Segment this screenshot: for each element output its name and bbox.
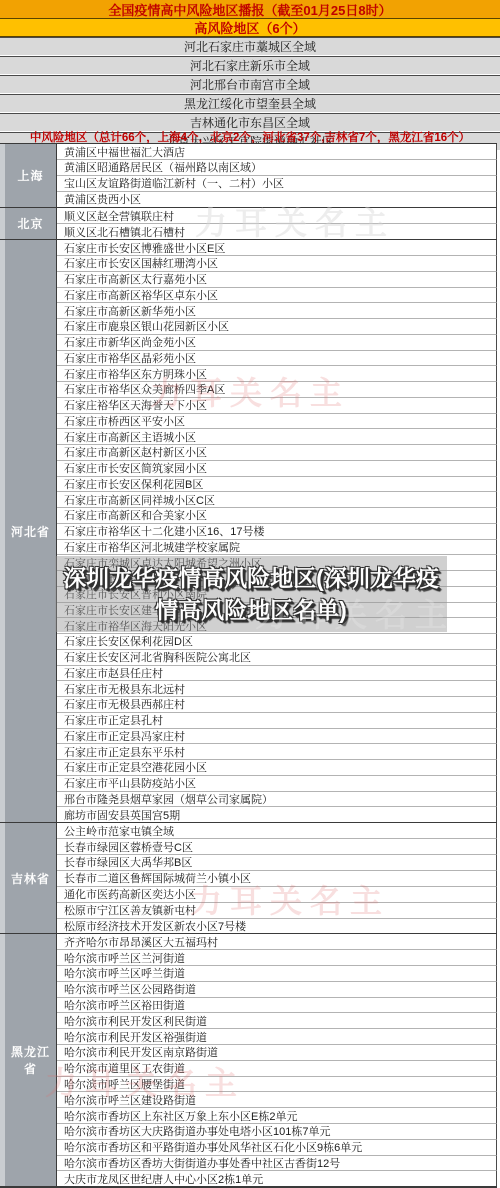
area-row: 石家庄市长安区博雅盛世小区E区 <box>57 240 497 256</box>
mid-risk-table: 上海黄浦区中福世福汇大酒店黄浦区昭通路居民区（福州路以南区域）宝山区友谊路街道临… <box>0 143 497 1188</box>
area-row: 哈尔滨市呼兰区兰河街道 <box>57 950 497 966</box>
province-section: 上海黄浦区中福世福汇大酒店黄浦区昭通路居民区（福州路以南区域）宝山区友谊路街道临… <box>0 143 497 207</box>
area-row: 松原市经济技术开发区新农小区7号楼 <box>57 919 497 934</box>
area-row: 哈尔滨市香坊区香坊大街街道办事处香中社区古香街12号 <box>57 1156 497 1172</box>
area-row: 石家庄市高新区裕华区卓东小区 <box>57 288 497 304</box>
mid-risk-header-banner: 中风险地区（总计66个，上海4个，北京2个，河北省37个,吉林省7个，黑龙江省1… <box>0 130 500 143</box>
area-row: 石家庄市高新区赵村新区小区 <box>57 445 497 461</box>
area-row: 哈尔滨市呼兰区呼兰街道 <box>57 966 497 982</box>
province-label: 上海 <box>0 144 57 207</box>
area-row: 石家庄市平山县防疫站小区 <box>57 776 497 792</box>
province-rows: 黄浦区中福世福汇大酒店黄浦区昭通路居民区（福州路以南区域）宝山区友谊路街道临江新… <box>57 144 497 207</box>
area-row: 石家庄市正定县空港花园小区 <box>57 760 497 776</box>
overlay-headline: 深圳龙华疫情高风险地区(深圳龙华疫 情高风险地区名单) <box>55 556 447 632</box>
area-row: 石家庄市高新区新华苑小区 <box>57 303 497 319</box>
area-row: 顺义区北石槽镇北石槽村 <box>57 224 497 239</box>
high-risk-header-banner: 高风险地区（6个） <box>0 19 500 37</box>
area-row: 通化市医药高新区奕达小区 <box>57 887 497 903</box>
area-row: 石家庄市正定县东平乐村 <box>57 744 497 760</box>
area-row: 石家庄裕华区天海誉天下小区 <box>57 398 497 414</box>
area-row: 哈尔滨市香坊区上东社区万象上东小区E栋2单元 <box>57 1108 497 1124</box>
area-row: 哈尔滨市呼兰区建设路街道 <box>57 1092 497 1108</box>
area-row: 公主岭市范家屯镇全域 <box>57 823 497 839</box>
area-row: 石家庄市高新区同祥城小区C区 <box>57 492 497 508</box>
area-row: 哈尔滨市道里区工农街道 <box>57 1061 497 1077</box>
area-row: 齐齐哈尔市昂昂溪区大五福玛村 <box>57 934 497 950</box>
area-row: 石家庄市鹿泉区银山花园新区小区 <box>57 319 497 335</box>
area-row: 长春市绿园区大禹华邦B区 <box>57 855 497 871</box>
province-rows: 顺义区赵全营镇联庄村顺义区北石槽镇北石槽村 <box>57 208 497 239</box>
area-row: 哈尔滨市呼兰区公园路街道 <box>57 982 497 998</box>
province-label: 吉林省 <box>0 823 57 933</box>
area-row: 石家庄市裕华区众美廊桥四季A区 <box>57 382 497 398</box>
area-row: 石家庄市高新区太行嘉苑小区 <box>57 272 497 288</box>
risk-area-bulletin: 全国疫情高中风险地区播报（截至01月25日8时） 高风险地区（6个） 河北石家庄… <box>0 0 500 1188</box>
province-section: 河北省石家庄市长安区博雅盛世小区E区石家庄市长安区国赫红珊湾小区石家庄市高新区太… <box>0 239 497 822</box>
area-row: 大庆市龙凤区世纪唐人中心小区2栋1单元 <box>57 1171 497 1186</box>
area-row: 石家庄市桥西区平安小区 <box>57 414 497 430</box>
area-row: 邢台市隆尧县烟草家园（烟草公司家属院） <box>57 792 497 808</box>
area-row: 石家庄市无极县东北远村 <box>57 681 497 697</box>
area-row: 宝山区友谊路街道临江新村（一、二村）小区 <box>57 176 497 192</box>
overlay-headline-line2: 情高风险地区名单) <box>155 594 347 626</box>
area-row: 石家庄市新华区尚金苑小区 <box>57 335 497 351</box>
area-row: 黄浦区贵西小区 <box>57 192 497 207</box>
area-row: 哈尔滨市利民开发区利民街道 <box>57 1013 497 1029</box>
province-label: 黑龙江省 <box>0 934 57 1186</box>
area-row: 廊坊市固安县英国宫5期 <box>57 807 497 822</box>
province-section: 黑龙江省齐齐哈尔市昂昂溪区大五福玛村哈尔滨市呼兰区兰河街道哈尔滨市呼兰区呼兰街道… <box>0 933 497 1186</box>
area-row: 松原市宁江区善友镇新屯村 <box>57 903 497 919</box>
area-row: 石家庄市正定县孔村 <box>57 713 497 729</box>
area-row: 哈尔滨市利民开发区裕强街道 <box>57 1029 497 1045</box>
bulletin-title-banner: 全国疫情高中风险地区播报（截至01月25日8时） <box>0 0 500 19</box>
province-section: 吉林省公主岭市范家屯镇全域长春市绿园区蓉桥壹号C区长春市绿园区大禹华邦B区长春市… <box>0 822 497 933</box>
area-row: 黄浦区中福世福汇大酒店 <box>57 144 497 160</box>
area-row: 黄浦区昭通路居民区（福州路以南区域） <box>57 160 497 176</box>
area-row: 石家庄长安区保利花园D区 <box>57 634 497 650</box>
high-risk-row: 黑龙江绥化市望奎县全域 <box>0 94 500 113</box>
area-row: 长春市绿园区蓉桥壹号C区 <box>57 839 497 855</box>
province-section: 北京顺义区赵全营镇联庄村顺义区北石槽镇北石槽村 <box>0 207 497 239</box>
area-row: 哈尔滨市香坊区和平路街道办事处风华社区石化小区9栋6单元 <box>57 1140 497 1156</box>
high-risk-list: 河北石家庄市藁城区全域河北石家庄新乐市全域河北邢台市南宫市全域黑龙江绥化市望奎县… <box>0 37 500 130</box>
area-row: 石家庄市无极县西郝庄村 <box>57 697 497 713</box>
area-row: 哈尔滨市呼兰区裕田街道 <box>57 998 497 1014</box>
area-row: 长春市二道区鲁辉国际城荷兰小镇小区 <box>57 871 497 887</box>
high-risk-row: 河北邢台市南宫市全域 <box>0 75 500 94</box>
area-row: 石家庄市裕华区晶彩苑小区 <box>57 351 497 367</box>
area-row: 石家庄市赵县任庄村 <box>57 666 497 682</box>
province-label: 北京 <box>0 208 57 239</box>
province-label: 河北省 <box>0 240 57 822</box>
area-row: 哈尔滨市呼兰区腰堡街道 <box>57 1077 497 1093</box>
area-row: 哈尔滨市香坊区大庆路街道办事处电塔小区101栋7单元 <box>57 1124 497 1140</box>
overlay-headline-line1: 深圳龙华疫情高风险地区(深圳龙华疫 <box>63 562 439 594</box>
province-rows: 公主岭市范家屯镇全域长春市绿园区蓉桥壹号C区长春市绿园区大禹华邦B区长春市二道区… <box>57 823 497 933</box>
province-rows: 齐齐哈尔市昂昂溪区大五福玛村哈尔滨市呼兰区兰河街道哈尔滨市呼兰区呼兰街道哈尔滨市… <box>57 934 497 1186</box>
province-rows: 石家庄市长安区博雅盛世小区E区石家庄市长安区国赫红珊湾小区石家庄市高新区太行嘉苑… <box>57 240 497 822</box>
area-row: 石家庄市长安区保利花园B区 <box>57 477 497 493</box>
area-row: 哈尔滨市利民开发区南京路街道 <box>57 1045 497 1061</box>
area-row: 石家庄市高新区和合美家小区 <box>57 508 497 524</box>
area-row: 石家庄市高新区主语城小区 <box>57 429 497 445</box>
high-risk-row: 河北石家庄新乐市全域 <box>0 56 500 75</box>
high-risk-header: 高风险地区（6个） <box>194 18 305 37</box>
area-row: 石家庄市裕华区东方明珠小区 <box>57 366 497 382</box>
area-row: 石家庄市正定县冯家庄村 <box>57 729 497 745</box>
area-row: 石家庄长安区河北省胸科医院公寓北区 <box>57 650 497 666</box>
area-row: 石家庄市裕华区河北城建学校家属院 <box>57 540 497 556</box>
high-risk-row: 河北石家庄市藁城区全域 <box>0 37 500 56</box>
area-row: 石家庄市长安区国赫红珊湾小区 <box>57 256 497 272</box>
area-row: 顺义区赵全营镇联庄村 <box>57 208 497 224</box>
bulletin-title: 全国疫情高中风险地区播报（截至01月25日8时） <box>108 0 391 19</box>
area-row: 石家庄市长安区简筑家园小区 <box>57 461 497 477</box>
area-row: 石家庄市裕华区十二化建小区16、17号楼 <box>57 524 497 540</box>
